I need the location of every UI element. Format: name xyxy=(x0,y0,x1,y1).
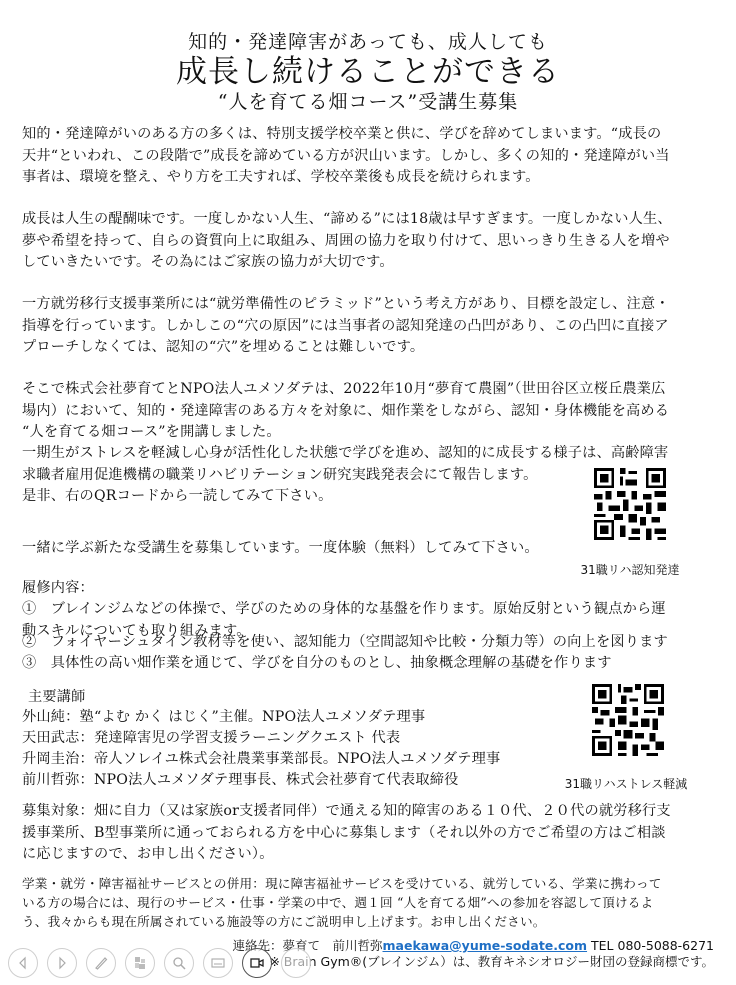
curriculum-item-2: ② フォイヤーシュタイン教材等を使い、認知能力（空間認知や比較・分類力等）の向上… xyxy=(22,632,722,654)
instructor-amada: 天田武志：発達障害児の学習支援ラーニングクエスト 代表 xyxy=(22,728,562,750)
subtitles-icon xyxy=(210,955,226,971)
intro-paragraph: 知的・発達障がいのある方の多くは、特別支援学校卒業と供に、学びを辞めてしまいます… xyxy=(22,124,722,189)
presentation-toolbar xyxy=(8,948,311,978)
pen-icon xyxy=(93,955,109,971)
qr-code-cognitive[interactable] xyxy=(594,468,666,540)
magnifier-icon xyxy=(171,955,187,971)
curriculum-item-3: ③ 具体性の高い畑作業を通じて、学びを自分のものとし、抽象概念理解の基礎を作りま… xyxy=(22,653,722,675)
combined-use-paragraph: 学業・就労・障害福祉サービスとの併用：現に障害福祉サービスを受けている、就労して… xyxy=(22,874,722,931)
header-subtitle: 知的・発達障害があっても、成人しても xyxy=(0,30,736,54)
email-link[interactable]: maekawa@yume-sodate.com xyxy=(383,938,588,953)
next-button[interactable] xyxy=(47,948,77,978)
growth-paragraph: 成長は人生の醍醐味です。一度しかない人生、“諦める”には18歳は早すぎます。一度… xyxy=(22,209,722,274)
qr-caption-cognitive: 31職リハ認知発達 xyxy=(560,561,700,578)
subtitles-button[interactable] xyxy=(203,948,233,978)
curriculum-heading: 履修内容： xyxy=(22,578,722,600)
chevron-left-icon xyxy=(15,955,31,971)
phone-number: TEL 080-5088-6271 xyxy=(587,938,714,953)
camera-button[interactable] xyxy=(242,948,272,978)
instructor-maekawa: 前川哲弥：NPO法人ユメソダテ理事長、株式会社夢育て代表取締役 xyxy=(22,770,562,792)
header-title: 成長し続けることができる xyxy=(0,54,736,90)
slides-grid-icon xyxy=(132,955,148,971)
trial-paragraph: 一緒に学ぶ新たな受講生を募集しています。一度体験（無料）してみて下さい。 xyxy=(22,538,582,560)
flyer-header: 知的・発達障害があっても、成人しても 成長し続けることができる “人を育てる畑コ… xyxy=(0,30,736,114)
chevron-right-icon xyxy=(54,955,70,971)
more-button[interactable] xyxy=(281,948,311,978)
previous-button[interactable] xyxy=(8,948,38,978)
slides-button[interactable] xyxy=(125,948,155,978)
course-start-paragraph: そこで株式会社夢育てとNPO法人ユメソダテは、2022年10月“夢育て農園”（世… xyxy=(22,379,722,444)
instructor-toyama: 外山純：塾“よむ かく はじく”主催。NPO法人ユメソダテ理事 xyxy=(22,707,562,729)
qr-caption-stress: 31職リハストレス軽減 xyxy=(556,775,696,792)
qr-code-icon xyxy=(592,684,664,756)
recruit-target-paragraph: 募集対象：畑に自力（又は家族or支援者同伴）で通える知的障害のある１０代、２０代… xyxy=(22,801,722,866)
instructor-masuoka: 升岡圭治：帝人ソレイユ株式会社農業事業部長。NPO法人ユメソダテ理事 xyxy=(22,749,562,771)
header-course-title: “人を育てる畑コース”受講生募集 xyxy=(0,90,736,114)
qr-code-icon xyxy=(594,468,666,540)
pyramid-paragraph: 一方就労移行支援事業所には“就労準備性のピラミッド”という考え方があり、目標を設… xyxy=(22,294,722,359)
qr-code-stress[interactable] xyxy=(592,684,664,756)
pen-button[interactable] xyxy=(86,948,116,978)
zoom-button[interactable] xyxy=(164,948,194,978)
video-camera-icon xyxy=(249,955,265,971)
